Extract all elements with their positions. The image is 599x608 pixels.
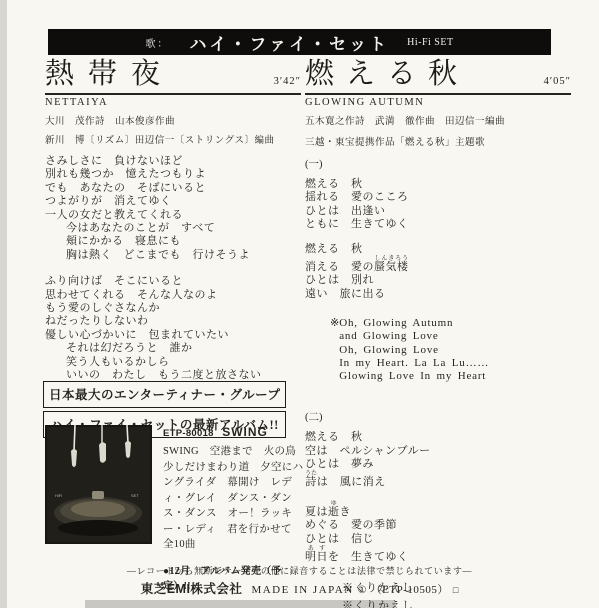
- lyric-line-with-ruby: 明日あすを 生きてゆく: [305, 546, 571, 564]
- lyric-line: 優しい心づかいに 包まれていたい: [45, 329, 301, 342]
- ruby-base: 明日: [305, 551, 328, 563]
- side-a-arrangers: 新川 博〔リズム〕田辺信一〔ストリングス〕編曲: [45, 132, 301, 146]
- side-a-verse-1: さみしさに 負けないほど 別れも幾つか 憶えたつもりよ でも あなたの そばにい…: [45, 155, 301, 262]
- lyric-line: でも あなたの そばにいると: [45, 182, 301, 195]
- footer: —レコードから無断でテープその他に録音することは法律で禁じられています— 東芝E…: [0, 564, 599, 598]
- chorus-line: Oh, Glowing Autumn: [339, 317, 489, 330]
- lyric-text: き: [340, 506, 352, 518]
- lyric-line: 遠い 旅に出る: [305, 288, 571, 301]
- album-catalog-line: ETP-80018 SWING: [163, 423, 305, 441]
- single-catalog-number: （ETP-10505）: [371, 584, 449, 596]
- lyric-line: 揺れる 愛のこころ: [305, 191, 571, 204]
- lyric-line: 思わせてくれる そんな人なのよ: [45, 289, 301, 302]
- chorus-line: and Glowing Love: [339, 330, 489, 343]
- artist-name: ハイ・ファイ・セット: [189, 30, 389, 55]
- side-b-verse-1: 燃える 秋 揺れる 愛のこころ ひとは 出逢い ともに 生きてゆく: [305, 178, 571, 232]
- album-cover-art: HiFi SET: [45, 425, 152, 544]
- chorus-line: Glowing Love In my Heart: [339, 370, 489, 383]
- album-catalog-number: ETP-80018: [163, 428, 214, 439]
- side-a-title-row: 熱帯夜 3′42″: [45, 59, 301, 95]
- side-b-duration: 4′05″: [544, 76, 571, 87]
- side-b-verse-2: 燃える 秋 消える 愛の蜃気楼しんきろう ひとは 別れ 遠い 旅に出る: [305, 243, 571, 302]
- album-title: SWING: [222, 425, 268, 439]
- side-a-title: 熱帯夜: [45, 59, 174, 90]
- ruby-base: 逝: [328, 506, 340, 518]
- copy-prohibition-notice: —レコードから無断でテープその他に録音することは法律で禁じられています—: [0, 564, 599, 577]
- repeat-marker: ※: [330, 317, 339, 383]
- ruby-reading: うた: [305, 471, 317, 477]
- side-b-tie-in: 三越・東宝提携作品「燃える秋」主題歌: [305, 134, 571, 148]
- lyric-line-with-ruby: 消える 愛の蜃気楼しんきろう: [305, 256, 571, 274]
- lyric-line: ひとは 信じ: [305, 533, 571, 546]
- lyric-line: ふり向けば そこにいると: [45, 275, 301, 288]
- lyric-text: を 生きてゆく: [328, 551, 409, 563]
- lyric-line: ひとは 別れ: [305, 274, 571, 287]
- artist-header-bar: 歌： ハイ・ファイ・セット Hi-Fi SET: [48, 29, 551, 55]
- record-company: 東芝EMI株式会社: [141, 582, 243, 596]
- record-sleeve-back: 歌： ハイ・ファイ・セット Hi-Fi SET 熱帯夜 3′42″ NETTAI…: [0, 0, 599, 608]
- made-in-japan-label: MADE IN JAPAN: [251, 584, 353, 596]
- lyric-line-with-ruby: 詩うたは 風に消え: [305, 471, 571, 489]
- lyric-text: は 風に消え: [317, 476, 386, 488]
- artist-name-en: Hi-Fi SET: [407, 37, 453, 48]
- chorus-block: ※ Oh, Glowing Autumn and Glowing Love Oh…: [305, 317, 571, 383]
- chorus-line: In my Heart. La La Lu……: [339, 357, 489, 370]
- svg-text:SET: SET: [131, 493, 139, 498]
- side-b-verse-3: 燃える 秋 空は ペルシャンブルー ひとは 夢み 詩うたは 風に消え: [305, 431, 571, 490]
- side-a-writers: 大川 茂作詩 山本俊彦作曲: [45, 113, 301, 127]
- lyric-line: 今はあなたのことが すべて: [45, 222, 301, 235]
- lyric-line: ともに 生きてゆく: [305, 218, 571, 231]
- album-ad: HiFi SET ETP-80018 SWING SWING 空港まで 火の鳥 …: [45, 423, 303, 553]
- chorus-line: Oh, Glowing Love: [339, 344, 489, 357]
- lyric-line: それは幻だろうと 誰か: [45, 342, 301, 355]
- lyric-line: 燃える 秋: [305, 431, 571, 444]
- part-two-label: (二): [305, 409, 571, 424]
- lyric-line: ひとは 出逢い: [305, 205, 571, 218]
- lyric-line: ひとは 夢み: [305, 458, 571, 471]
- side-b-title: 燃える秋: [305, 59, 469, 90]
- side-b-writers: 五木寛之作詩 武満 徹作曲 田辺信一編曲: [305, 113, 571, 127]
- lyric-line: 別れも幾つか 憶えたつもりよ: [45, 168, 301, 181]
- lyric-line: 一人の女だと教えてくれる: [45, 209, 301, 222]
- circled-mark: ①: [358, 585, 367, 596]
- side-a-duration: 3′42″: [274, 76, 301, 87]
- ruby-reading: ゆ: [328, 501, 339, 507]
- lyric-line: ねだったりしないわ: [45, 315, 301, 328]
- repeat-line: ※くりかえし: [305, 599, 571, 608]
- end-stamp-mark: □: [453, 585, 458, 595]
- part-one-label: (一): [305, 156, 571, 171]
- svg-text:HiFi: HiFi: [55, 493, 62, 498]
- side-b-column: 燃える秋 4′05″ GLOWING AUTUMN 五木寛之作詩 武満 徹作曲 …: [305, 59, 571, 608]
- lyric-line: 頬にかかる 寝息にも: [45, 235, 301, 248]
- side-a-verse-2: ふり向けば そこにいると 思わせてくれる そんな人なのよ もう愛のしぐさなんか …: [45, 275, 301, 382]
- lyric-line-with-ruby: 夏は逝ゆき: [305, 501, 571, 519]
- side-b-romaji: GLOWING AUTUMN: [305, 97, 571, 108]
- lyric-line: つよがりが 消えてゆく: [45, 195, 301, 208]
- ruby-base: 蜃気楼: [374, 261, 409, 273]
- lyric-line: めぐる 愛の季節: [305, 519, 571, 532]
- publisher-line: 東芝EMI株式会社 MADE IN JAPAN ① （ETP-10505） □: [0, 579, 599, 598]
- lyric-line: 笑う人もいるかしら: [45, 356, 301, 369]
- chorus-lines: Oh, Glowing Autumn and Glowing Love Oh, …: [339, 317, 489, 383]
- lyric-line: 胸は熱く どこまでも 行けそうよ: [45, 249, 301, 262]
- lyric-text: 消える 愛の: [305, 261, 374, 273]
- scan-edge-left: [0, 0, 7, 608]
- lyric-line: さみしさに 負けないほど: [45, 155, 301, 168]
- sung-by-label: 歌：: [145, 35, 169, 50]
- lyric-line: 燃える 秋: [305, 243, 571, 256]
- lyric-line: 燃える 秋: [305, 178, 571, 191]
- side-a-column: 熱帯夜 3′42″ NETTAIYA 大川 茂作詩 山本俊彦作曲 新川 博〔リズ…: [45, 59, 301, 383]
- ruby-base: 詩: [305, 476, 317, 488]
- side-a-romaji: NETTAIYA: [45, 97, 301, 108]
- lyric-line: もう愛のしぐさなんか: [45, 302, 301, 315]
- ruby-reading: あす: [305, 546, 328, 552]
- promo-line-1: 日本最大のエンターティナー・グループ: [43, 381, 286, 408]
- lyric-text: 夏は: [305, 506, 328, 518]
- lyric-line: 空は ペルシャンブルー: [305, 445, 571, 458]
- ruby-reading: しんきろう: [374, 256, 408, 262]
- album-track-list: SWING 空港まで 火の鳥 少しだけまわり道 夕空にハングライダ 幕開け レデ…: [163, 444, 305, 553]
- side-b-verse-4: 夏は逝ゆき めぐる 愛の季節 ひとは 信じ 明日あすを 生きてゆく: [305, 501, 571, 565]
- side-b-title-row: 燃える秋 4′05″: [305, 59, 571, 95]
